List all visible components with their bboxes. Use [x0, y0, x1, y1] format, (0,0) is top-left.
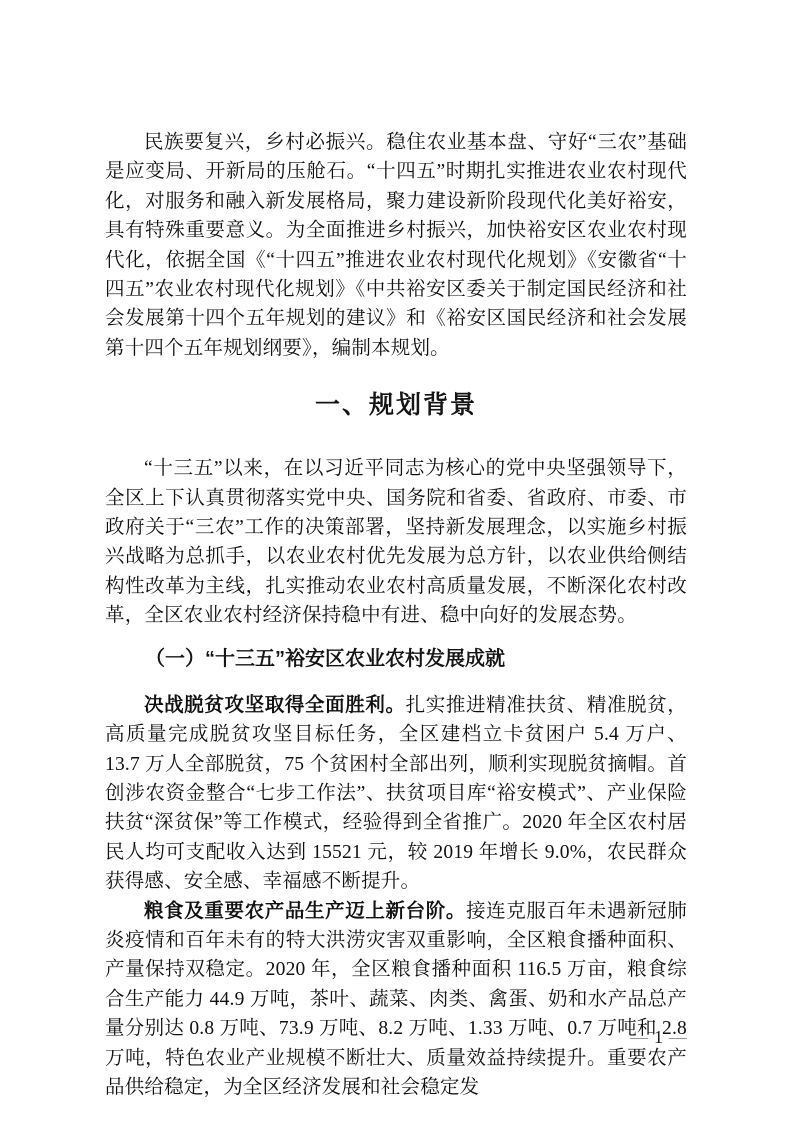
section-heading-planning-background: 一、规划背景 — [105, 389, 687, 422]
page-number: —1— — [630, 1026, 687, 1048]
document-page: 民族要复兴，乡村必振兴。稳住农业基本盘、守好“三农”基础是应变局、开新局的压舱石… — [0, 0, 793, 1122]
page-number-dash-left: — — [630, 1027, 648, 1047]
paragraph-grain-production: 粮食及重要农产品生产迈上新台阶。接连克服百年未遇新冠肺炎疫情和百年未有的特大洪涝… — [105, 897, 687, 1103]
paragraph-lead-grain-production: 粮食及重要农产品生产迈上新台阶。 — [144, 901, 466, 922]
page-number-value: 1 — [648, 1027, 669, 1047]
paragraph-poverty-alleviation: 决战脱贫攻坚取得全面胜利。扎实推进精准扶贫、精准脱贫，高质量完成脱贫攻坚目标任务… — [105, 691, 687, 897]
document-content: 民族要复兴，乡村必振兴。稳住农业基本盘、守好“三农”基础是应变局、开新局的压舱石… — [105, 128, 687, 1102]
paragraph-intro: 民族要复兴，乡村必振兴。稳住农业基本盘、守好“三农”基础是应变局、开新局的压舱石… — [105, 128, 687, 363]
paragraph-thirteenth-five-year-overview: “十三五”以来，在以习近平同志为核心的党中央坚强领导下，全区上下认真贯彻落实党中… — [105, 454, 687, 630]
paragraph-lead-poverty-alleviation: 决战脱贫攻坚取得全面胜利。 — [144, 695, 406, 716]
paragraph-body-grain-production: 接连克服百年未遇新冠肺炎疫情和百年未有的特大洪涝灾害双重影响，全区粮食播种面积、… — [105, 901, 687, 1098]
subsection-heading-achievements: （一）“十三五”裕安区农业农村发展成就 — [105, 645, 687, 673]
paragraph-body-poverty-alleviation: 扎实推进精准扶贫、精准脱贫，高质量完成脱贫攻坚目标任务，全区建档立卡贫困户 5.… — [105, 695, 687, 892]
page-number-dash-right: — — [669, 1027, 687, 1047]
